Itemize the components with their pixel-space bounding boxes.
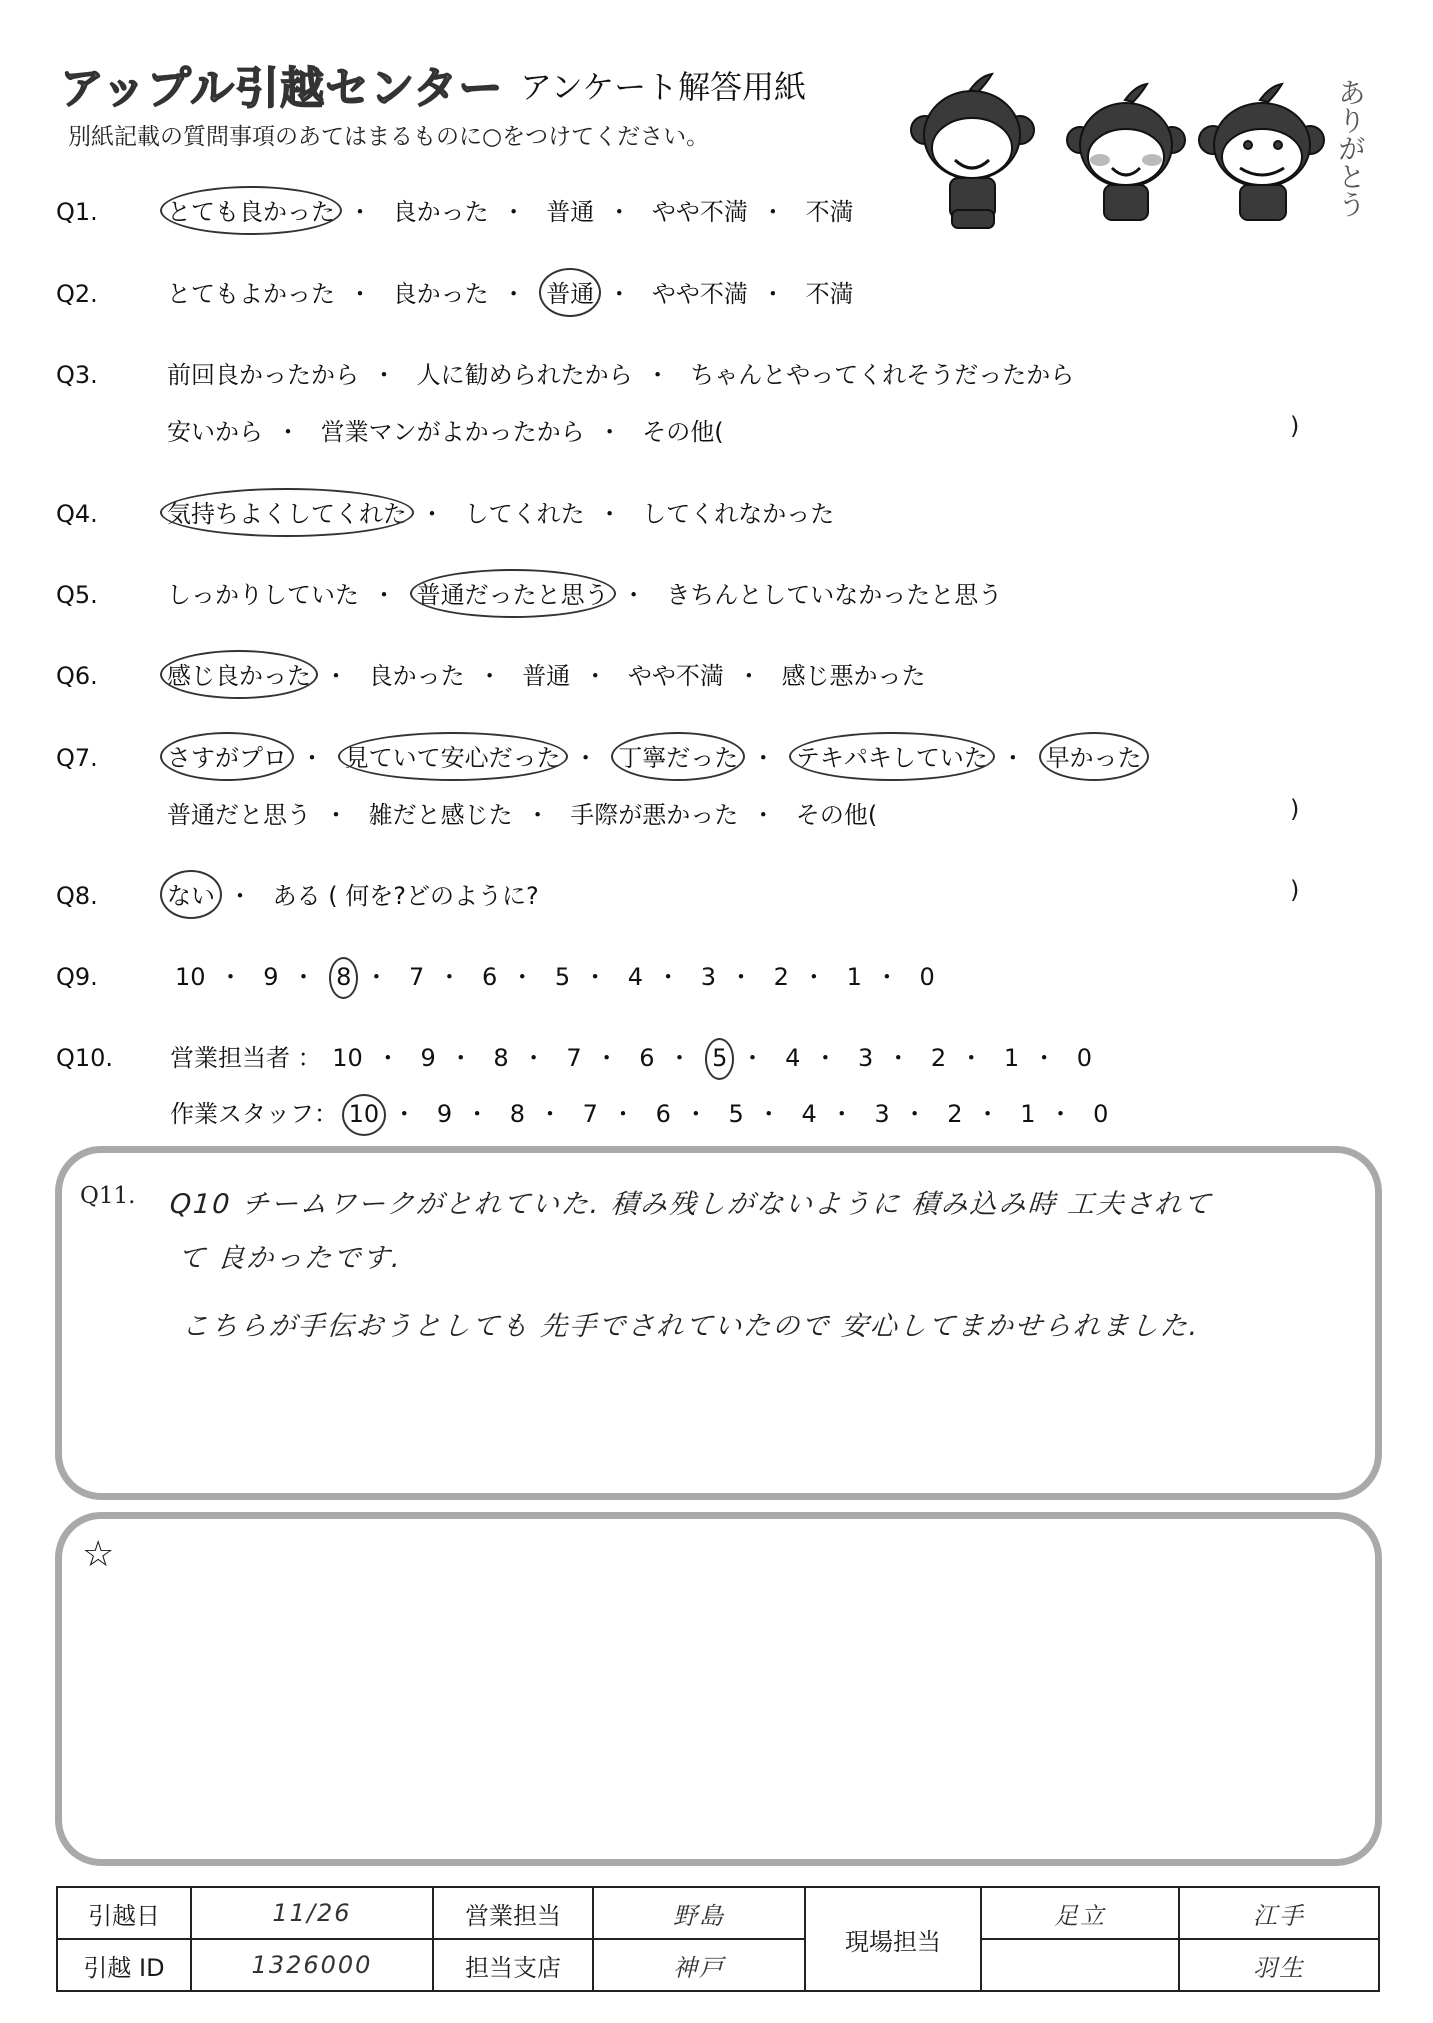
move-id-value[interactable]: 1326000	[191, 1939, 433, 1991]
option[interactable]: やや不満	[649, 274, 751, 309]
option-selected[interactable]: 見ていて安心だった	[342, 738, 564, 773]
score-selected[interactable]: 5	[709, 1044, 730, 1072]
move-id-label: 引越 ID	[57, 1939, 191, 1991]
q11-label: Q11.	[80, 1183, 135, 1209]
score[interactable]: 10	[172, 963, 209, 991]
question-label: Q10.	[56, 1044, 164, 1072]
score[interactable]: 7	[580, 1100, 601, 1128]
score[interactable]: 8	[490, 1044, 511, 1072]
score[interactable]: 9	[260, 963, 281, 991]
sales-rep-label: 営業担当	[433, 1887, 593, 1939]
option[interactable]: 普通	[543, 192, 597, 227]
option[interactable]: 感じ悪かった	[779, 656, 929, 691]
score[interactable]: 7	[563, 1044, 584, 1072]
score[interactable]: 1	[1001, 1044, 1022, 1072]
option-other[interactable]: その他(	[639, 412, 726, 447]
option-selected[interactable]: とても良かった	[164, 192, 338, 227]
site-rep-empty-cell[interactable]	[981, 1939, 1179, 1991]
question-label: Q3.	[56, 361, 164, 389]
option-selected[interactable]: 感じ良かった	[164, 656, 314, 691]
handwritten-comment-line3: こちらが手伝おうとしても 先手でされていたので 安心してまかせられました.	[181, 1304, 1201, 1343]
option[interactable]: 不満	[803, 192, 857, 227]
branch-value[interactable]: 神戸	[593, 1939, 805, 1991]
option-selected[interactable]: 早かった	[1043, 738, 1145, 773]
question-q3: Q3. 前回良かったから・ 人に勧められたから・ ちゃんとやってくれそうだったか…	[56, 355, 1077, 390]
instruction-text: 別紙記載の質問事項のあてはまるものに○をつけてください。	[68, 118, 709, 151]
score[interactable]: 3	[698, 963, 719, 991]
score[interactable]: 7	[406, 963, 427, 991]
score[interactable]: 4	[625, 963, 646, 991]
close-paren: )	[1290, 795, 1299, 823]
score[interactable]: 4	[798, 1100, 819, 1128]
option[interactable]: 良かった	[390, 274, 492, 309]
score[interactable]: 2	[928, 1044, 949, 1072]
option-selected[interactable]: 普通	[543, 274, 597, 309]
question-q7: Q7. さすがプロ・ 見ていて安心だった・ 丁寧だった・ テキパキしていた・ 早…	[56, 738, 1145, 773]
option-selected[interactable]: 気持ちよくしてくれた	[164, 494, 410, 529]
site-rep-value-3[interactable]: 羽生	[1179, 1939, 1379, 1991]
question-label: Q9.	[56, 963, 164, 991]
score[interactable]: 5	[726, 1100, 747, 1128]
question-q10-sales: Q10. 営業担当者 ： 10・ 9・ 8・ 7・ 6・ 5・ 4・ 3・ 2・…	[56, 1038, 1095, 1073]
question-label: Q6.	[56, 662, 164, 690]
option[interactable]: 手際が悪かった	[567, 795, 741, 830]
score[interactable]: 10	[329, 1044, 366, 1072]
score[interactable]: 0	[1074, 1044, 1095, 1072]
question-label: Q1.	[56, 198, 164, 226]
score[interactable]: 4	[782, 1044, 803, 1072]
site-rep-value-2[interactable]: 江手	[1179, 1887, 1379, 1939]
site-rep-value-1[interactable]: 足立	[981, 1887, 1179, 1939]
option[interactable]: とてもよかった	[164, 274, 338, 309]
option-selected[interactable]: 丁寧だった	[615, 738, 741, 773]
close-paren: )	[1290, 412, 1299, 440]
option-other[interactable]: その他(	[793, 795, 880, 830]
option[interactable]: 人に勧められたから	[414, 355, 636, 390]
move-info-table: 引越日 11/26 営業担当 野島 現場担当 足立 江手 引越 ID 13260…	[56, 1886, 1380, 1992]
score[interactable]: 6	[479, 963, 500, 991]
question-q6: Q6. 感じ良かった・ 良かった・ 普通・ やや不満・ 感じ悪かった	[56, 656, 929, 691]
move-date-label: 引越日	[57, 1887, 191, 1939]
score[interactable]: 0	[916, 963, 937, 991]
option[interactable]: きちんとしていなかったと思う	[663, 575, 1005, 610]
option-selected[interactable]: さすがプロ	[164, 738, 290, 773]
question-label: Q8.	[56, 882, 164, 910]
option[interactable]: ちゃんとやってくれそうだったから	[687, 355, 1077, 390]
branch-label: 担当支店	[433, 1939, 593, 1991]
star-icon: ☆	[82, 1534, 114, 1575]
handwritten-comment-line2: て 良かったです.	[177, 1236, 404, 1275]
option[interactable]: 前回良かったから	[164, 355, 362, 390]
option[interactable]: やや不満	[649, 192, 751, 227]
score[interactable]: 5	[552, 963, 573, 991]
score[interactable]: 3	[871, 1100, 892, 1128]
question-q4: Q4. 気持ちよくしてくれた・ してくれた・ してくれなかった	[56, 494, 837, 529]
score[interactable]: 9	[417, 1044, 438, 1072]
score[interactable]: 0	[1090, 1100, 1111, 1128]
question-q1: Q1. とても良かった・ 良かった・ 普通・ やや不満・ 不満	[56, 192, 857, 227]
option[interactable]: 不満	[803, 274, 857, 309]
option[interactable]: 良かった	[366, 656, 468, 691]
option[interactable]: 雑だと感じた	[366, 795, 516, 830]
question-label: Q5.	[56, 581, 164, 609]
question-q3-line2: 安いから・ 営業マンがよかったから・ その他(	[56, 412, 727, 447]
question-label: Q4.	[56, 500, 164, 528]
option[interactable]: 安いから	[164, 412, 266, 447]
score-selected[interactable]: 10	[346, 1100, 383, 1128]
question-label: Q7.	[56, 744, 164, 772]
score[interactable]: 2	[771, 963, 792, 991]
question-q7-line2: 普通だと思う・ 雑だと感じた・ 手際が悪かった・ その他(	[56, 795, 880, 830]
option[interactable]: しっかりしていた	[164, 575, 362, 610]
star-comment-box[interactable]	[55, 1512, 1382, 1866]
score[interactable]: 9	[434, 1100, 455, 1128]
option[interactable]: してくれなかった	[639, 494, 837, 529]
score[interactable]: 6	[653, 1100, 674, 1128]
option-selected[interactable]: 普通だったと思う	[414, 575, 612, 610]
move-date-value[interactable]: 11/26	[191, 1887, 433, 1939]
option-selected[interactable]: ない	[164, 876, 218, 911]
score[interactable]: 8	[507, 1100, 528, 1128]
option[interactable]: 良かった	[390, 192, 492, 227]
site-rep-label: 現場担当	[805, 1887, 981, 1991]
score[interactable]: 1	[1017, 1100, 1038, 1128]
staff-rating-label: 作業スタッフ：	[170, 1100, 338, 1128]
score-selected[interactable]: 8	[333, 963, 354, 991]
option[interactable]: 普通だと思う	[164, 795, 314, 830]
brand-title: アップル引越センター	[60, 52, 503, 116]
question-q8: Q8. ない・ ある ( 何を?どのように?	[56, 876, 542, 911]
option[interactable]: やや不満	[625, 656, 727, 691]
question-q2: Q2. とてもよかった・ 良かった・ 普通・ やや不満・ 不満	[56, 274, 857, 309]
option[interactable]: してくれた	[462, 494, 588, 529]
score[interactable]: 6	[636, 1044, 657, 1072]
sales-rating-label: 営業担当者 ：	[170, 1044, 322, 1072]
score[interactable]: 2	[944, 1100, 965, 1128]
option[interactable]: 営業マンがよかったから	[318, 412, 588, 447]
monkey-mascot-icon	[900, 60, 1360, 230]
handwritten-comment-line1: Q10 チームワークがとれていた. 積み残しがないように 積み込み時 工夫されて	[169, 1182, 1214, 1221]
close-paren: )	[1290, 876, 1299, 904]
score[interactable]: 3	[855, 1044, 876, 1072]
question-label: Q2.	[56, 280, 164, 308]
option-selected[interactable]: テキパキしていた	[793, 738, 991, 773]
question-q10-staff: 作業スタッフ： 10・ 9・ 8・ 7・ 6・ 5・ 4・ 3・ 2・ 1・ 0	[56, 1094, 1111, 1129]
sales-rep-value[interactable]: 野島	[593, 1887, 805, 1939]
question-q5: Q5. しっかりしていた・ 普通だったと思う・ きちんとしていなかったと思う	[56, 575, 1005, 610]
question-q9: Q9. 10・ 9・ 8・ 7・ 6・ 5・ 4・ 3・ 2・ 1・ 0	[56, 957, 938, 992]
option[interactable]: 普通	[519, 656, 573, 691]
form-subtitle: アンケート解答用紙	[520, 62, 806, 108]
option[interactable]: ある ( 何を?どのように?	[270, 876, 542, 911]
score[interactable]: 1	[844, 963, 865, 991]
mascot-caption: ありがとう	[1330, 78, 1366, 218]
